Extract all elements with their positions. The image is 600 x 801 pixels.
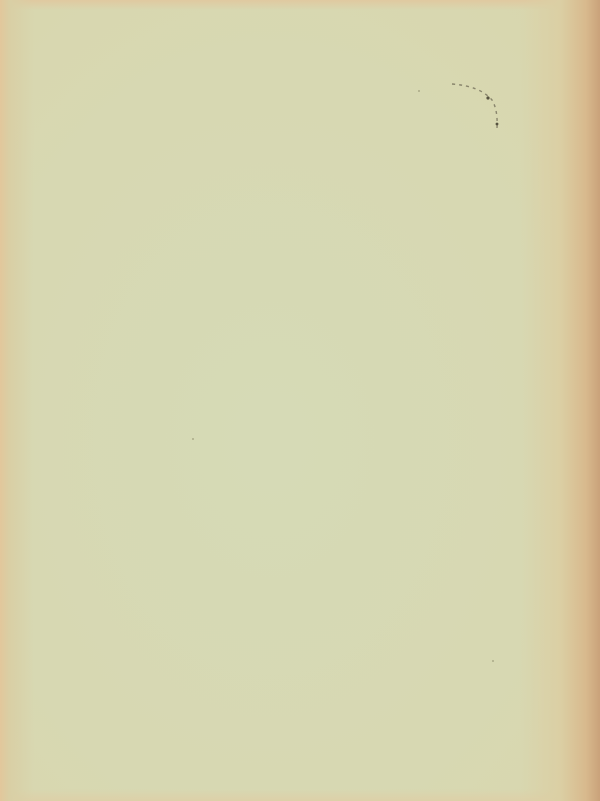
speck [192, 438, 194, 440]
speck [492, 660, 494, 662]
stray-curved-mark [440, 78, 520, 148]
blank-scanned-page [0, 0, 600, 801]
speck [418, 90, 420, 92]
